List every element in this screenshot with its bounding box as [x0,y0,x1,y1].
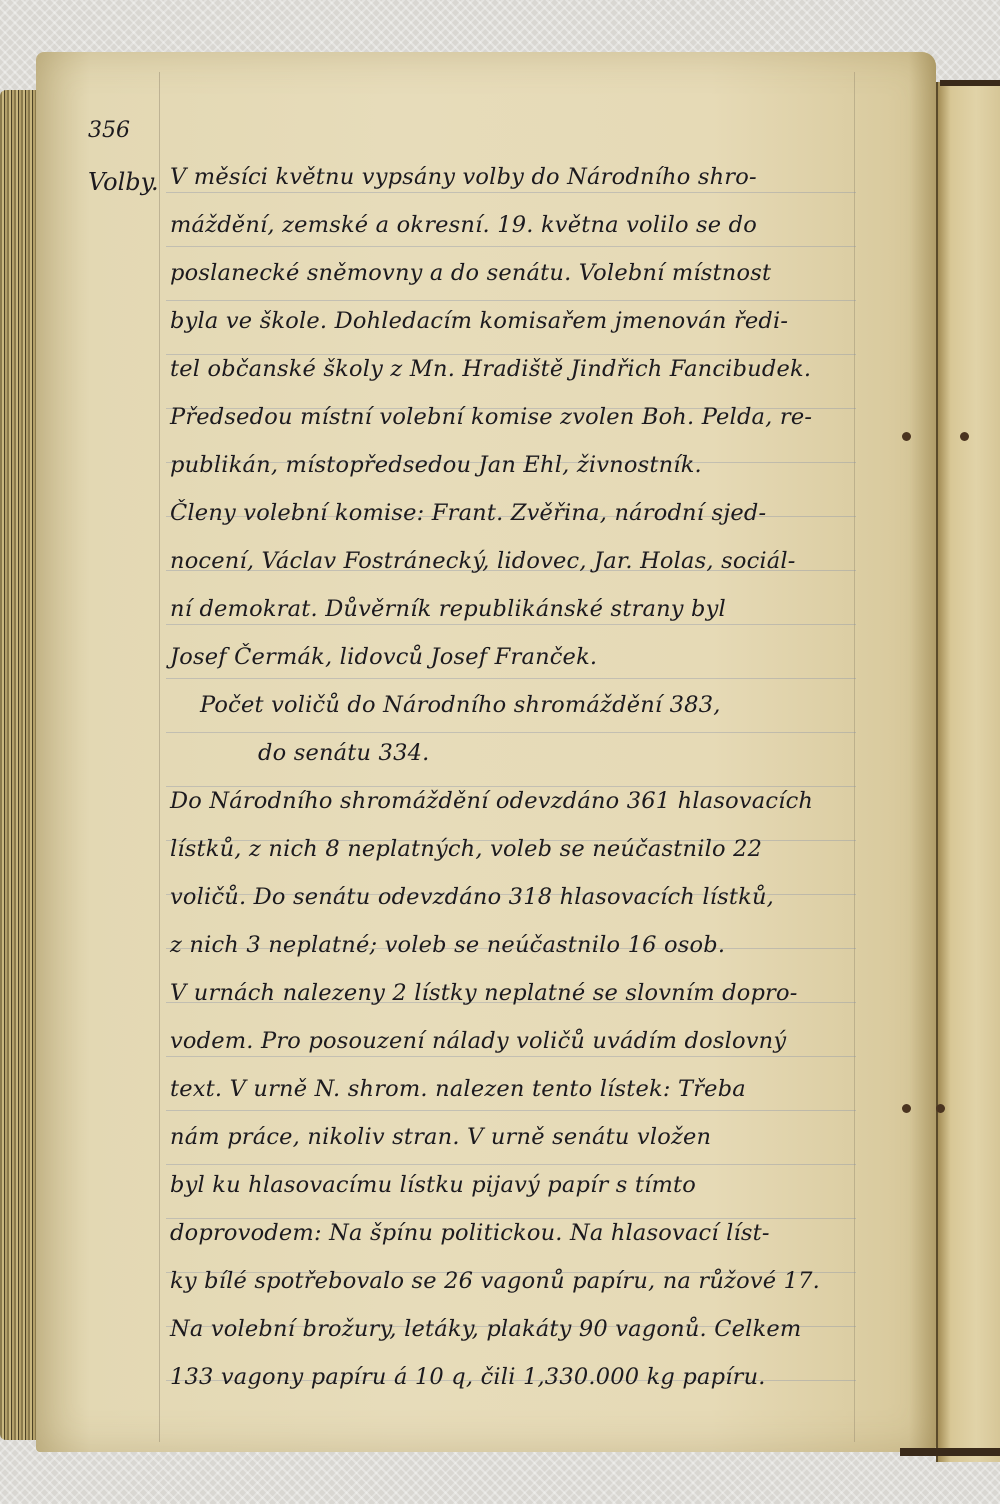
text-line: V urnách nalezeny 2 lístky neplatné se s… [170,978,850,1008]
text-line: nocení, Václav Fostránecký, lidovec, Jar… [170,546,850,576]
binding-hole [902,432,911,441]
text-line: Předsedou místní volební komise zvolen B… [170,402,850,432]
text-line: text. V urně N. shrom. nalezen tento lís… [170,1074,850,1104]
text-line: máždění, zemské a okresní. 19. května vo… [170,210,850,240]
ruled-line [166,1110,856,1111]
text-line: Do Národního shromáždění odevzdáno 361 h… [170,786,850,816]
text-line: ky bílé spotřebovalo se 26 vagonů papíru… [170,1266,850,1296]
ruled-line [166,1056,856,1057]
text-line: 133 vagony papíru á 10 q, čili 1,330.000… [170,1362,850,1392]
text-line: z nich 3 neplatné; voleb se neúčastnilo … [170,930,850,960]
text-line: Členy volební komise: Frant. Zvěřina, ná… [170,498,850,528]
ruled-line [166,192,856,193]
text-line: tel občanské školy z Mn. Hradiště Jindři… [170,354,850,384]
text-line: do senátu 334. [258,738,938,768]
marginal-note: Volby. [88,168,159,196]
text-line: Na volební brožury, letáky, plakáty 90 v… [170,1314,850,1344]
margin-rule [159,72,160,1442]
ruled-line [166,246,856,247]
text-line: V měsíci květnu vypsány volby do Národní… [170,162,850,192]
page-number: 356 [88,118,130,143]
text-line: byla ve škole. Dohledacím komisařem jmen… [170,306,850,336]
binding-hole [936,1104,945,1113]
text-line: Josef Čermák, lidovců Josef Franček. [170,642,850,672]
ruled-line [166,300,856,301]
text-line: poslanecké sněmovny a do senátu. Volební… [170,258,850,288]
text-line: doprovodem: Na špínu politickou. Na hlas… [170,1218,850,1248]
binding-hole [960,432,969,441]
text-line: publikán, místopředsedou Jan Ehl, živnos… [170,450,850,480]
cover-edge-bottom [900,1448,1000,1456]
ruled-line [166,678,856,679]
ruled-line [166,624,856,625]
ruled-line [166,1164,856,1165]
facing-page-edge [936,82,1000,1462]
text-line: vodem. Pro posouzení nálady voličů uvádí… [170,1026,850,1056]
text-line: voličů. Do senátu odevzdáno 318 hlasovac… [170,882,850,912]
text-line: ní demokrat. Důvěrník republikánské stra… [170,594,850,624]
text-line: nám práce, nikoliv stran. V urně senátu … [170,1122,850,1152]
ruled-line [166,732,856,733]
text-line: byl ku hlasovacímu lístku pijavý papír s… [170,1170,850,1200]
text-line: lístků, z nich 8 neplatných, voleb se ne… [170,834,850,864]
text-line: Počet voličů do Národního shromáždění 38… [200,690,880,720]
binding-hole [902,1104,911,1113]
cover-edge [940,80,1000,86]
